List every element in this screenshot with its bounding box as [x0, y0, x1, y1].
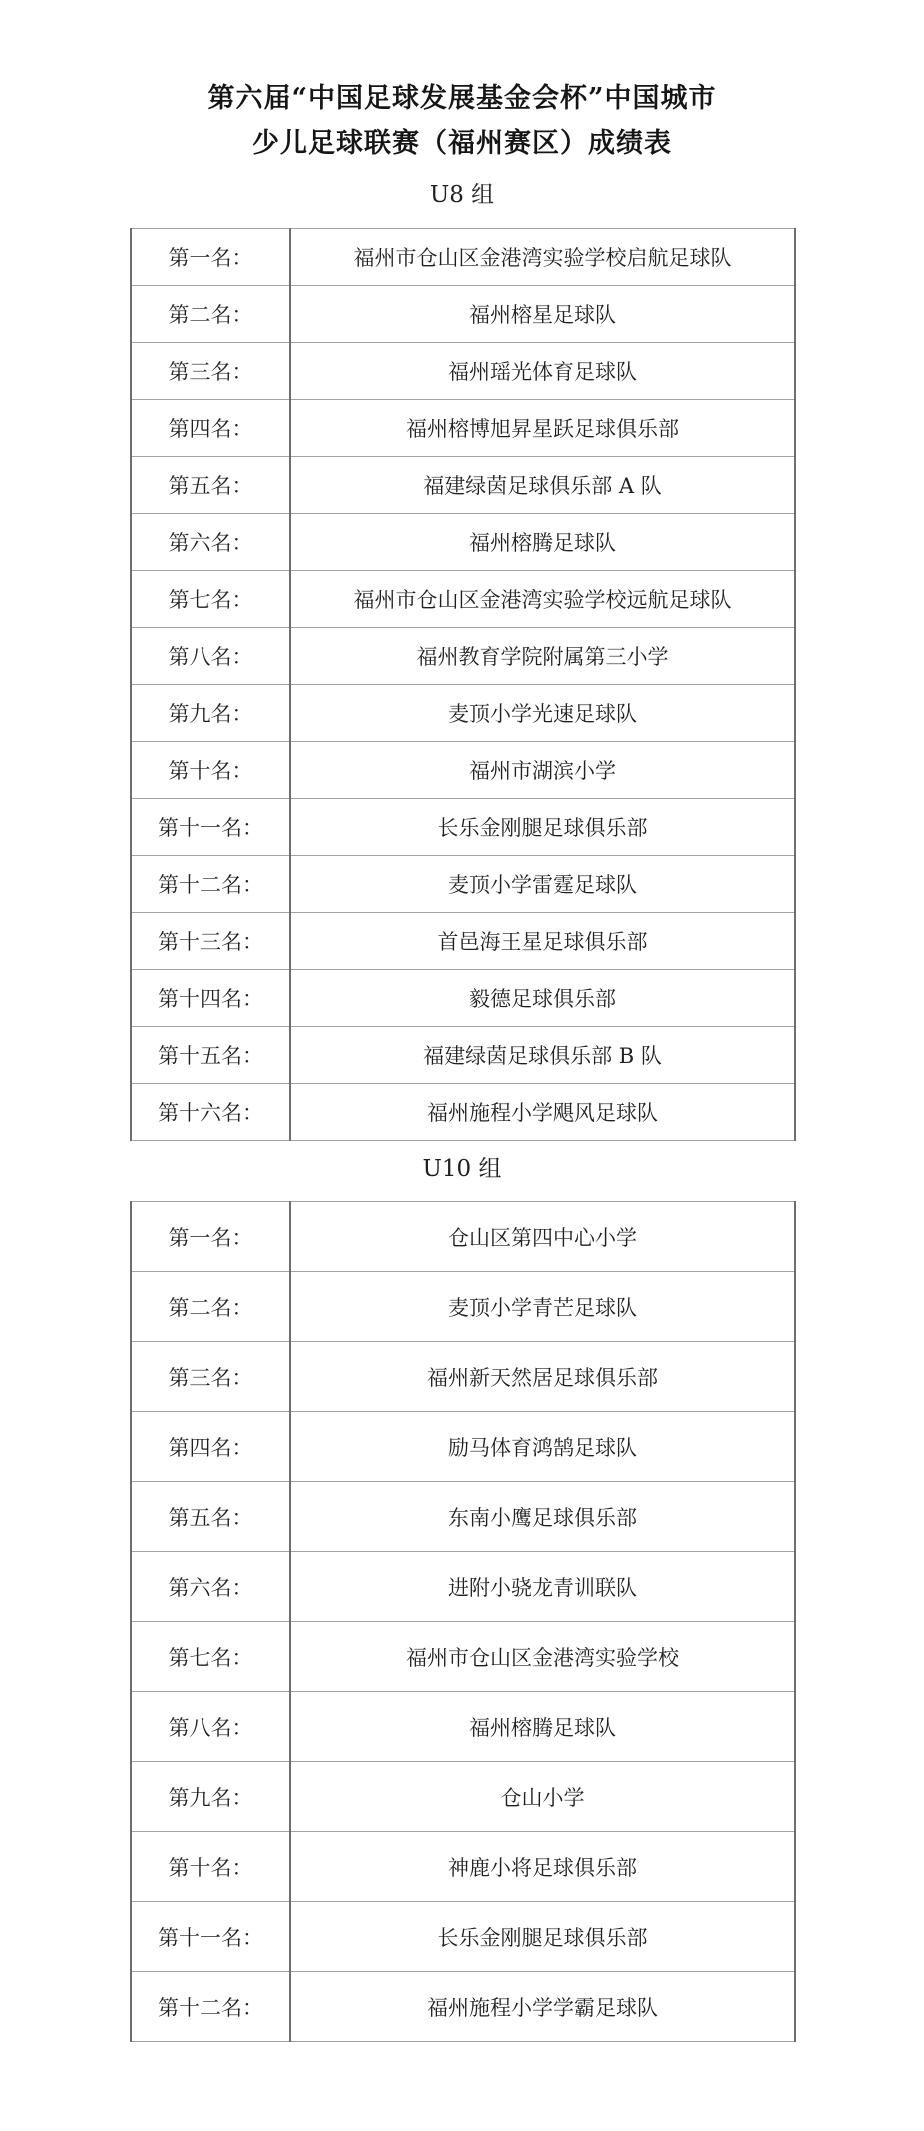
table-row: 第六名： 福州榕腾足球队	[131, 514, 795, 571]
team-name: 福州榕腾足球队	[290, 514, 795, 571]
rank-label: 第五名：	[131, 1482, 290, 1552]
rank-label: 第八名：	[131, 628, 290, 685]
table-row: 第九名： 麦顶小学光速足球队	[131, 685, 795, 742]
table-row: 第十五名： 福建绿茵足球俱乐部 B 队	[131, 1027, 795, 1084]
team-name: 福州榕星足球队	[290, 286, 795, 343]
rank-label: 第十三名：	[131, 913, 290, 970]
table-row: 第十名： 神鹿小将足球俱乐部	[131, 1832, 795, 1902]
document-title-line1: 第六届“中国足球发展基金会杯”中国城市	[0, 76, 924, 121]
table-row: 第十二名： 麦顶小学雷霆足球队	[131, 856, 795, 913]
rank-label: 第一名：	[131, 1202, 290, 1272]
team-name: 福州新天然居足球俱乐部	[290, 1342, 795, 1412]
team-name: 麦顶小学光速足球队	[290, 685, 795, 742]
results-document: 第六届“中国足球发展基金会杯”中国城市 少儿足球联赛（福州赛区）成绩表 U8 组…	[0, 0, 924, 2131]
team-name: 福建绿茵足球俱乐部 A 队	[290, 457, 795, 514]
rank-label: 第六名：	[131, 1552, 290, 1622]
rank-label: 第十二名：	[131, 856, 290, 913]
group-header-u10: U10 组	[0, 1154, 924, 1185]
rank-label: 第十一名：	[131, 1902, 290, 1972]
team-name: 麦顶小学青芒足球队	[290, 1272, 795, 1342]
rank-label: 第十二名：	[131, 1972, 290, 2042]
table-row: 第二名： 福州榕星足球队	[131, 286, 795, 343]
team-name: 麦顶小学雷霆足球队	[290, 856, 795, 913]
rank-label: 第二名：	[131, 286, 290, 343]
table-row: 第三名： 福州新天然居足球俱乐部	[131, 1342, 795, 1412]
table-row: 第八名： 福州教育学院附属第三小学	[131, 628, 795, 685]
team-name: 励马体育鸿鹄足球队	[290, 1412, 795, 1482]
table-row: 第七名： 福州市仓山区金港湾实验学校远航足球队	[131, 571, 795, 628]
rank-label: 第四名：	[131, 400, 290, 457]
table-row: 第四名： 励马体育鸿鹄足球队	[131, 1412, 795, 1482]
team-name: 毅德足球俱乐部	[290, 970, 795, 1027]
team-name: 福州市仓山区金港湾实验学校远航足球队	[290, 571, 795, 628]
table-row: 第十名： 福州市湖滨小学	[131, 742, 795, 799]
team-name: 福州瑶光体育足球队	[290, 343, 795, 400]
rank-label: 第一名：	[131, 229, 290, 286]
table-row: 第十四名： 毅德足球俱乐部	[131, 970, 795, 1027]
document-title: 第六届“中国足球发展基金会杯”中国城市 少儿足球联赛（福州赛区）成绩表	[0, 0, 924, 166]
table-row: 第十三名： 首邑海王星足球俱乐部	[131, 913, 795, 970]
table-row: 第六名： 进附小骁龙青训联队	[131, 1552, 795, 1622]
team-name: 东南小鹰足球俱乐部	[290, 1482, 795, 1552]
rank-label: 第十六名：	[131, 1084, 290, 1141]
rank-label: 第十五名：	[131, 1027, 290, 1084]
team-name: 长乐金刚腿足球俱乐部	[290, 1902, 795, 1972]
rank-label: 第三名：	[131, 343, 290, 400]
table-row: 第四名： 福州榕博旭昇星跃足球俱乐部	[131, 400, 795, 457]
team-name: 福州施程小学学霸足球队	[290, 1972, 795, 2042]
rank-label: 第七名：	[131, 571, 290, 628]
team-name: 长乐金刚腿足球俱乐部	[290, 799, 795, 856]
document-title-line2: 少儿足球联赛（福州赛区）成绩表	[0, 121, 924, 166]
rank-label: 第十一名：	[131, 799, 290, 856]
table-row: 第十六名： 福州施程小学飓风足球队	[131, 1084, 795, 1141]
team-name: 首邑海王星足球俱乐部	[290, 913, 795, 970]
table-row: 第一名： 仓山区第四中心小学	[131, 1202, 795, 1272]
rank-label: 第十四名：	[131, 970, 290, 1027]
rank-label: 第十名：	[131, 742, 290, 799]
table-row: 第十二名： 福州施程小学学霸足球队	[131, 1972, 795, 2042]
group-header-u8: U8 组	[0, 180, 924, 211]
table-row: 第二名： 麦顶小学青芒足球队	[131, 1272, 795, 1342]
rank-label: 第二名：	[131, 1272, 290, 1342]
table-row: 第八名： 福州榕腾足球队	[131, 1692, 795, 1762]
team-name: 进附小骁龙青训联队	[290, 1552, 795, 1622]
rank-label: 第九名：	[131, 685, 290, 742]
rank-label: 第十名：	[131, 1832, 290, 1902]
table-row: 第三名： 福州瑶光体育足球队	[131, 343, 795, 400]
results-table-u10: 第一名： 仓山区第四中心小学 第二名： 麦顶小学青芒足球队 第三名： 福州新天然…	[130, 1201, 796, 2042]
team-name: 福州市仓山区金港湾实验学校启航足球队	[290, 229, 795, 286]
team-name: 仓山区第四中心小学	[290, 1202, 795, 1272]
results-table-u8: 第一名： 福州市仓山区金港湾实验学校启航足球队 第二名： 福州榕星足球队 第三名…	[130, 228, 796, 1141]
rank-label: 第三名：	[131, 1342, 290, 1412]
table-row: 第十一名： 长乐金刚腿足球俱乐部	[131, 1902, 795, 1972]
team-name: 福州教育学院附属第三小学	[290, 628, 795, 685]
team-name: 福州市仓山区金港湾实验学校	[290, 1622, 795, 1692]
rank-label: 第六名：	[131, 514, 290, 571]
team-name: 福州榕博旭昇星跃足球俱乐部	[290, 400, 795, 457]
team-name: 神鹿小将足球俱乐部	[290, 1832, 795, 1902]
rank-label: 第七名：	[131, 1622, 290, 1692]
table-row: 第十一名： 长乐金刚腿足球俱乐部	[131, 799, 795, 856]
rank-label: 第五名：	[131, 457, 290, 514]
rank-label: 第九名：	[131, 1762, 290, 1832]
team-name: 福州榕腾足球队	[290, 1692, 795, 1762]
team-name: 仓山小学	[290, 1762, 795, 1832]
table-row: 第一名： 福州市仓山区金港湾实验学校启航足球队	[131, 229, 795, 286]
table-row: 第五名： 东南小鹰足球俱乐部	[131, 1482, 795, 1552]
table-row: 第七名： 福州市仓山区金港湾实验学校	[131, 1622, 795, 1692]
team-name: 福州施程小学飓风足球队	[290, 1084, 795, 1141]
team-name: 福建绿茵足球俱乐部 B 队	[290, 1027, 795, 1084]
team-name: 福州市湖滨小学	[290, 742, 795, 799]
table-row: 第九名： 仓山小学	[131, 1762, 795, 1832]
rank-label: 第八名：	[131, 1692, 290, 1762]
table-row: 第五名： 福建绿茵足球俱乐部 A 队	[131, 457, 795, 514]
rank-label: 第四名：	[131, 1412, 290, 1482]
